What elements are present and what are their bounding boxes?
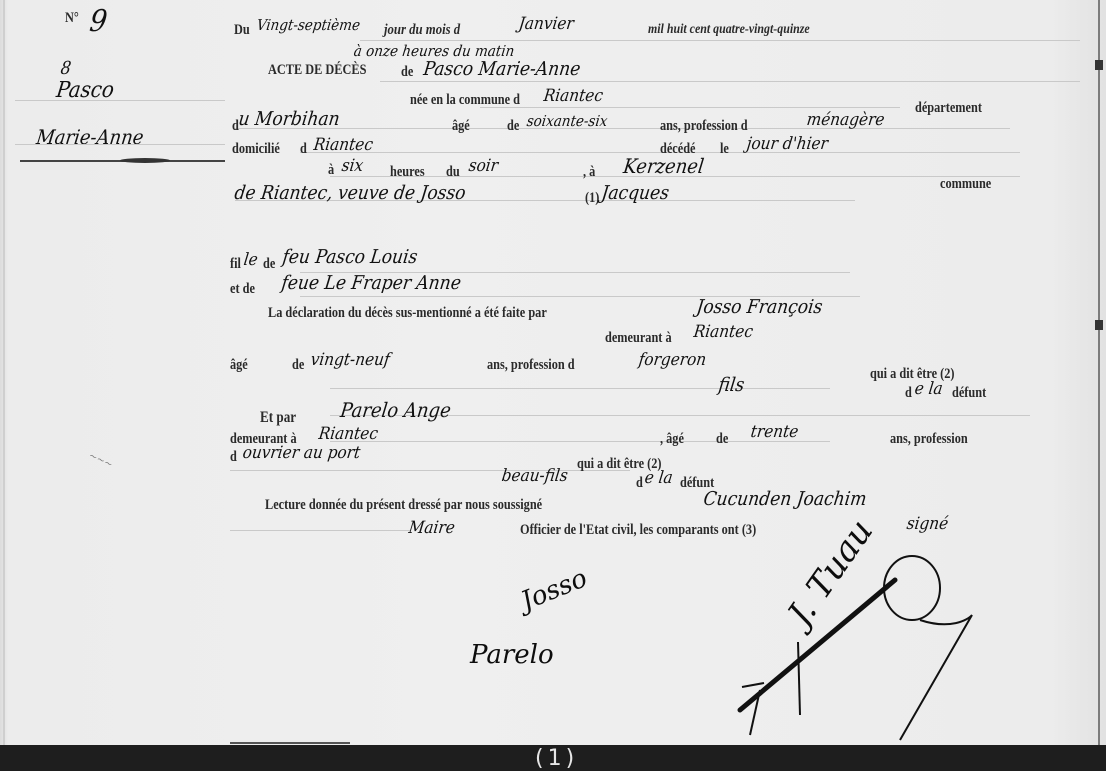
printed-text: , âgé <box>660 431 684 448</box>
register-page: N° 9 8 Pasco Marie-Anne Du Vingt-septièm… <box>0 0 1106 745</box>
hand-declarant1-residence: Riantec <box>692 322 754 342</box>
hand-declarant1: Josso François <box>695 296 824 318</box>
hand-text: e la <box>913 379 943 399</box>
printed-text: de <box>716 431 728 448</box>
hand-departement: u Morbihan <box>237 108 341 130</box>
printed-text: demeurant à <box>605 330 672 347</box>
hand-declarant2-residence: Riantec <box>317 424 379 444</box>
hand-declarant2-relation: beau-fils <box>500 466 568 486</box>
printed-text: de <box>507 118 519 135</box>
printed-text: ans, profession d <box>487 357 575 374</box>
printed-text: défunt <box>952 385 986 402</box>
hand-death-period: soir <box>467 156 499 176</box>
ruled-line <box>360 40 1080 41</box>
printed-text: d <box>636 475 643 492</box>
printed-text: jour du mois d <box>384 22 460 39</box>
hand-spouse-given-name: Jacques <box>600 182 670 204</box>
printed-text: La déclaration du décès sus-mentionné a … <box>268 305 547 322</box>
hand-declarant1-relation: fils <box>717 374 745 396</box>
page-left-edge <box>3 0 5 745</box>
printed-text: âgé <box>230 357 248 374</box>
printed-text: de <box>263 256 275 273</box>
printed-text: du <box>446 164 460 181</box>
printed-text: fil <box>230 256 241 273</box>
margin-smudge: ~~~ <box>87 450 114 471</box>
printed-text: ans, profession d <box>660 118 748 135</box>
printed-text: de <box>401 64 413 81</box>
hand-death-day: jour d'hier <box>745 134 829 154</box>
ruled-line <box>230 530 410 531</box>
hand-domicile: Riantec <box>312 135 374 155</box>
printed-text: de <box>292 357 304 374</box>
hand-text: le <box>242 250 258 270</box>
printed-text: département <box>915 100 982 117</box>
printed-text: à <box>328 162 334 179</box>
printed-text: , à <box>583 164 595 181</box>
hand-commune-line: de Riantec, veuve de Josso <box>233 182 467 204</box>
hand-declarant1-age: vingt-neuf <box>309 350 390 370</box>
binding-line <box>1098 0 1100 745</box>
printed-text: Lecture donnée du présent dressé par nou… <box>265 497 542 514</box>
signature-mayor-flourish <box>720 550 1000 745</box>
printed-text: âgé <box>452 118 470 135</box>
hand-officer: Cucunden Joachim <box>702 488 868 510</box>
document-title: ACTE DE DÉCÈS <box>268 62 366 79</box>
margin-divider <box>20 160 225 162</box>
ruled-line <box>15 144 225 145</box>
hand-birth-commune: Riantec <box>542 86 604 106</box>
printed-text: et de <box>230 281 255 298</box>
hand-signed: signé <box>905 514 949 534</box>
hand-month: Janvier <box>517 14 575 34</box>
entry-number: 9 <box>88 4 110 39</box>
ruled-line <box>230 470 630 471</box>
printed-text: commune <box>940 176 991 193</box>
ruled-line <box>230 742 350 744</box>
hand-declarant2: Parelo Ange <box>339 398 452 422</box>
ruled-line <box>15 100 225 101</box>
binding-mark <box>1095 60 1103 70</box>
entry-number-label: N° <box>65 10 79 27</box>
printed-text: d <box>300 141 307 158</box>
printed-text: d <box>905 385 912 402</box>
ruled-line <box>235 128 1010 129</box>
printed-text: Officier de l'Etat civil, les comparants… <box>520 522 756 539</box>
hand-death-hour: six <box>340 156 364 176</box>
margin-given-names: Marie-Anne <box>35 125 145 149</box>
printed-text: Du <box>234 22 250 39</box>
hand-day: Vingt-septième <box>256 16 362 34</box>
printed-text: heures <box>390 164 425 181</box>
hand-declarant2-profession: ouvrier au port <box>241 443 361 463</box>
printed-text: ans, profession <box>890 431 968 448</box>
printed-text: née en la commune d <box>410 92 520 109</box>
ruled-line <box>380 81 1080 82</box>
ruled-line <box>480 107 900 108</box>
hand-father: feu Pasco Louis <box>281 246 419 268</box>
printed-text: le <box>720 141 729 158</box>
hand-text: e la <box>643 468 673 488</box>
printed-text: Et par <box>260 409 296 427</box>
hand-mother: feue Le Fraper Anne <box>280 272 462 294</box>
printed-text: domicilié <box>232 141 280 158</box>
printed-text: d <box>230 449 237 466</box>
ruled-line <box>330 388 830 389</box>
printed-year: mil huit cent quatre-vingt-quinze <box>648 22 810 38</box>
margin-annotation: 8 <box>59 58 72 79</box>
signature-parelo: Parelo <box>470 640 554 670</box>
hand-deceased-name: Pasco Marie-Anne <box>422 58 582 80</box>
signature-josso: Josso <box>517 563 592 616</box>
page-number: (1) <box>535 748 578 761</box>
hand-declarant2-age: trente <box>749 422 799 442</box>
hand-officer-title: Maire <box>407 518 456 538</box>
hand-death-place: Kerzenel <box>622 154 705 178</box>
hand-age: soixante-six <box>526 112 609 130</box>
hand-profession: ménagère <box>805 110 885 130</box>
binding-mark <box>1095 320 1103 330</box>
hand-declarant1-profession: forgeron <box>637 350 707 370</box>
printed-text: (1) <box>585 190 599 207</box>
